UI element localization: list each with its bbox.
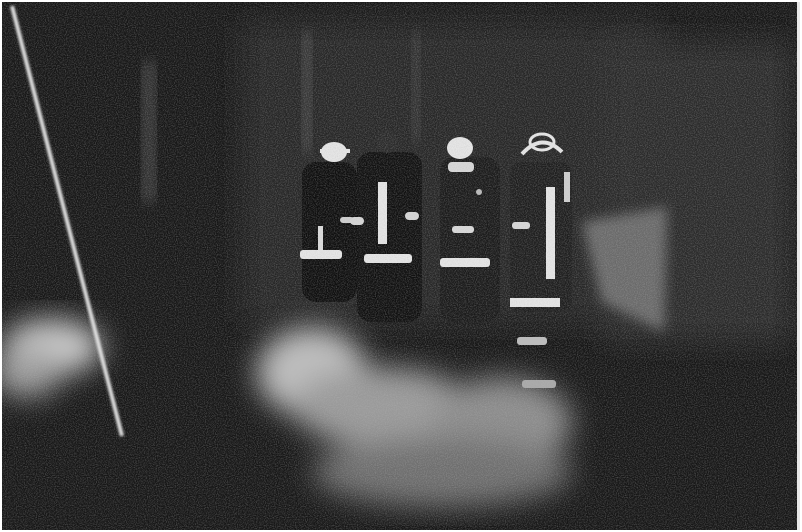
halftone-grain <box>2 2 800 530</box>
news-photo <box>2 2 800 530</box>
photo-scene <box>2 2 800 530</box>
scan-edge <box>797 2 800 530</box>
